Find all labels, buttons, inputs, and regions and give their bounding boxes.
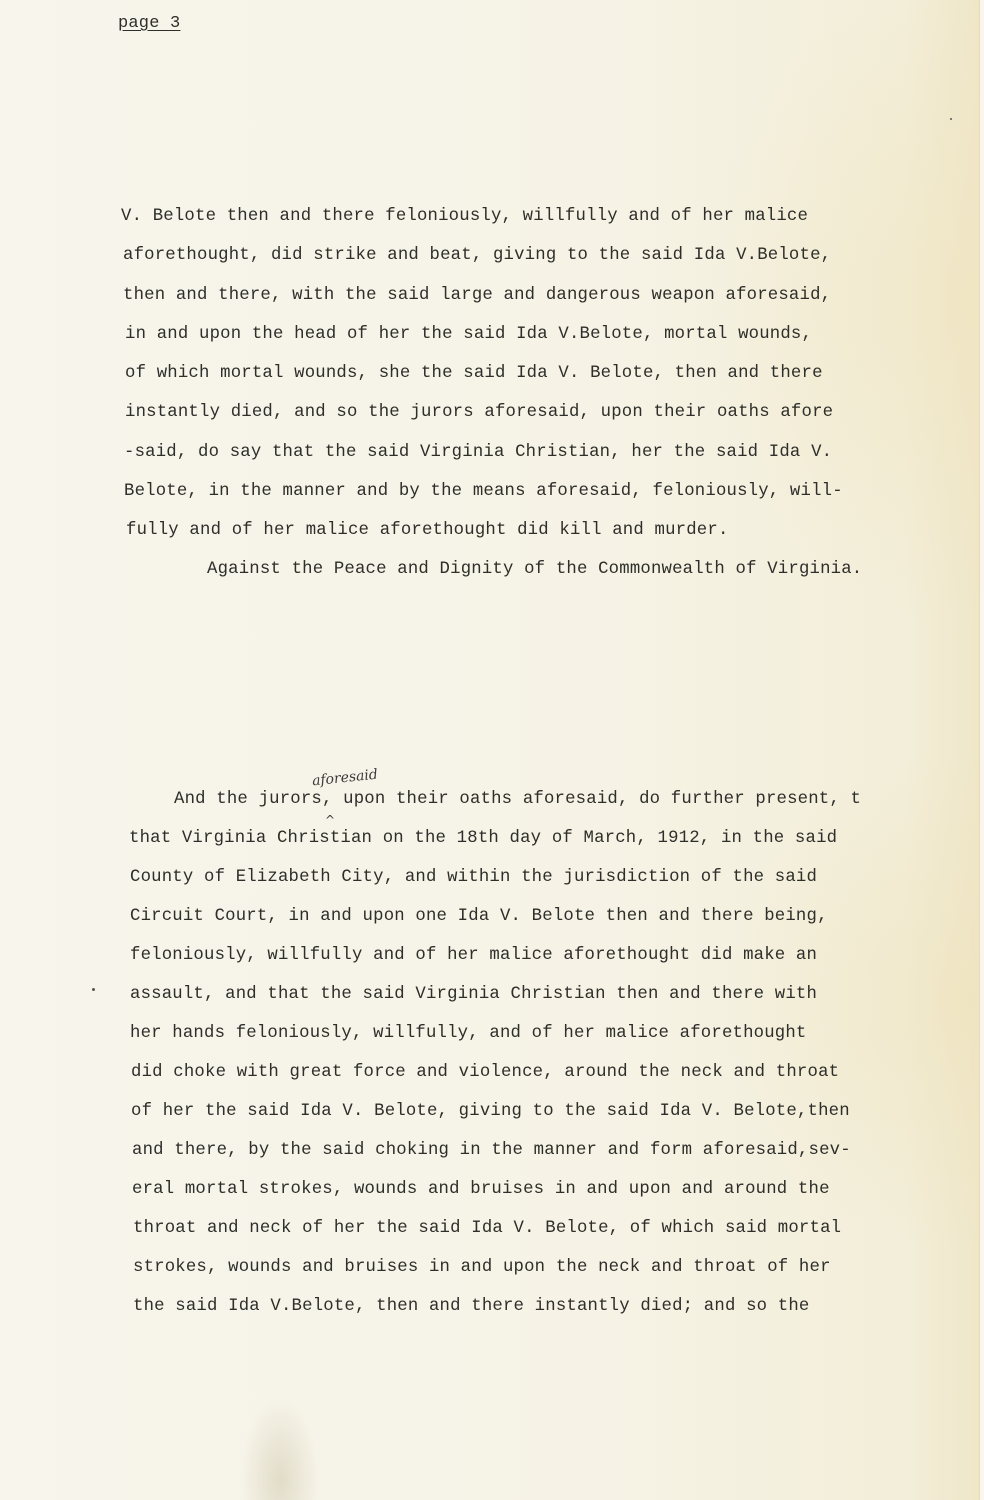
insertion-caret: ^ [325,813,335,827]
text-line: of her the said Ida V. Belote, giving to… [131,1102,850,1121]
text-line: Circuit Court, in and upon one Ida V. Be… [130,907,828,926]
text-line: eral mortal strokes, wounds and bruises … [132,1180,830,1199]
closing-line: Against the Peace and Dignity of the Com… [207,560,862,579]
text-line: And the jurors, upon their oaths aforesa… [174,790,861,809]
ink-speck [92,988,95,991]
text-line: throat and neck of her the said Ida V. B… [133,1219,841,1238]
text-line: Belote, in the manner and by the means a… [124,482,843,501]
text-line: did choke with great force and violence,… [131,1063,839,1082]
text-line: that Virginia Christian on the 18th day … [129,829,837,848]
text-line: assault, and that the said Virginia Chri… [130,985,817,1004]
ink-speck [950,118,952,120]
page-number-label: page 3 [118,14,180,33]
text-line: instantly died, and so the jurors afores… [125,403,833,422]
text-line: of which mortal wounds, she the said Ida… [125,364,823,383]
text-line: County of Elizabeth City, and within the… [130,868,817,887]
text-line: strokes, wounds and bruises in and upon … [133,1258,831,1277]
text-line: -said, do say that the said Virginia Chr… [124,443,832,462]
text-line: aforethought, did strike and beat, givin… [123,246,831,265]
text-line: and there, by the said choking in the ma… [132,1141,851,1160]
handwritten-insertion: aforesaid [311,767,378,790]
scanned-page: page 3 V. Belote then and there feloniou… [0,0,984,1500]
text-line: in and upon the head of her the said Ida… [125,325,812,344]
text-line: fully and of her malice aforethought did… [126,521,729,540]
page-edge [979,0,984,1500]
text-line: then and there, with the said large and … [123,286,831,305]
text-line: V. Belote then and there feloniously, wi… [121,207,808,226]
text-line: feloniously, willfully and of her malice… [130,946,817,965]
text-line: her hands feloniously, willfully, and of… [130,1024,807,1043]
text-line: the said Ida V.Belote, then and there in… [133,1297,810,1316]
